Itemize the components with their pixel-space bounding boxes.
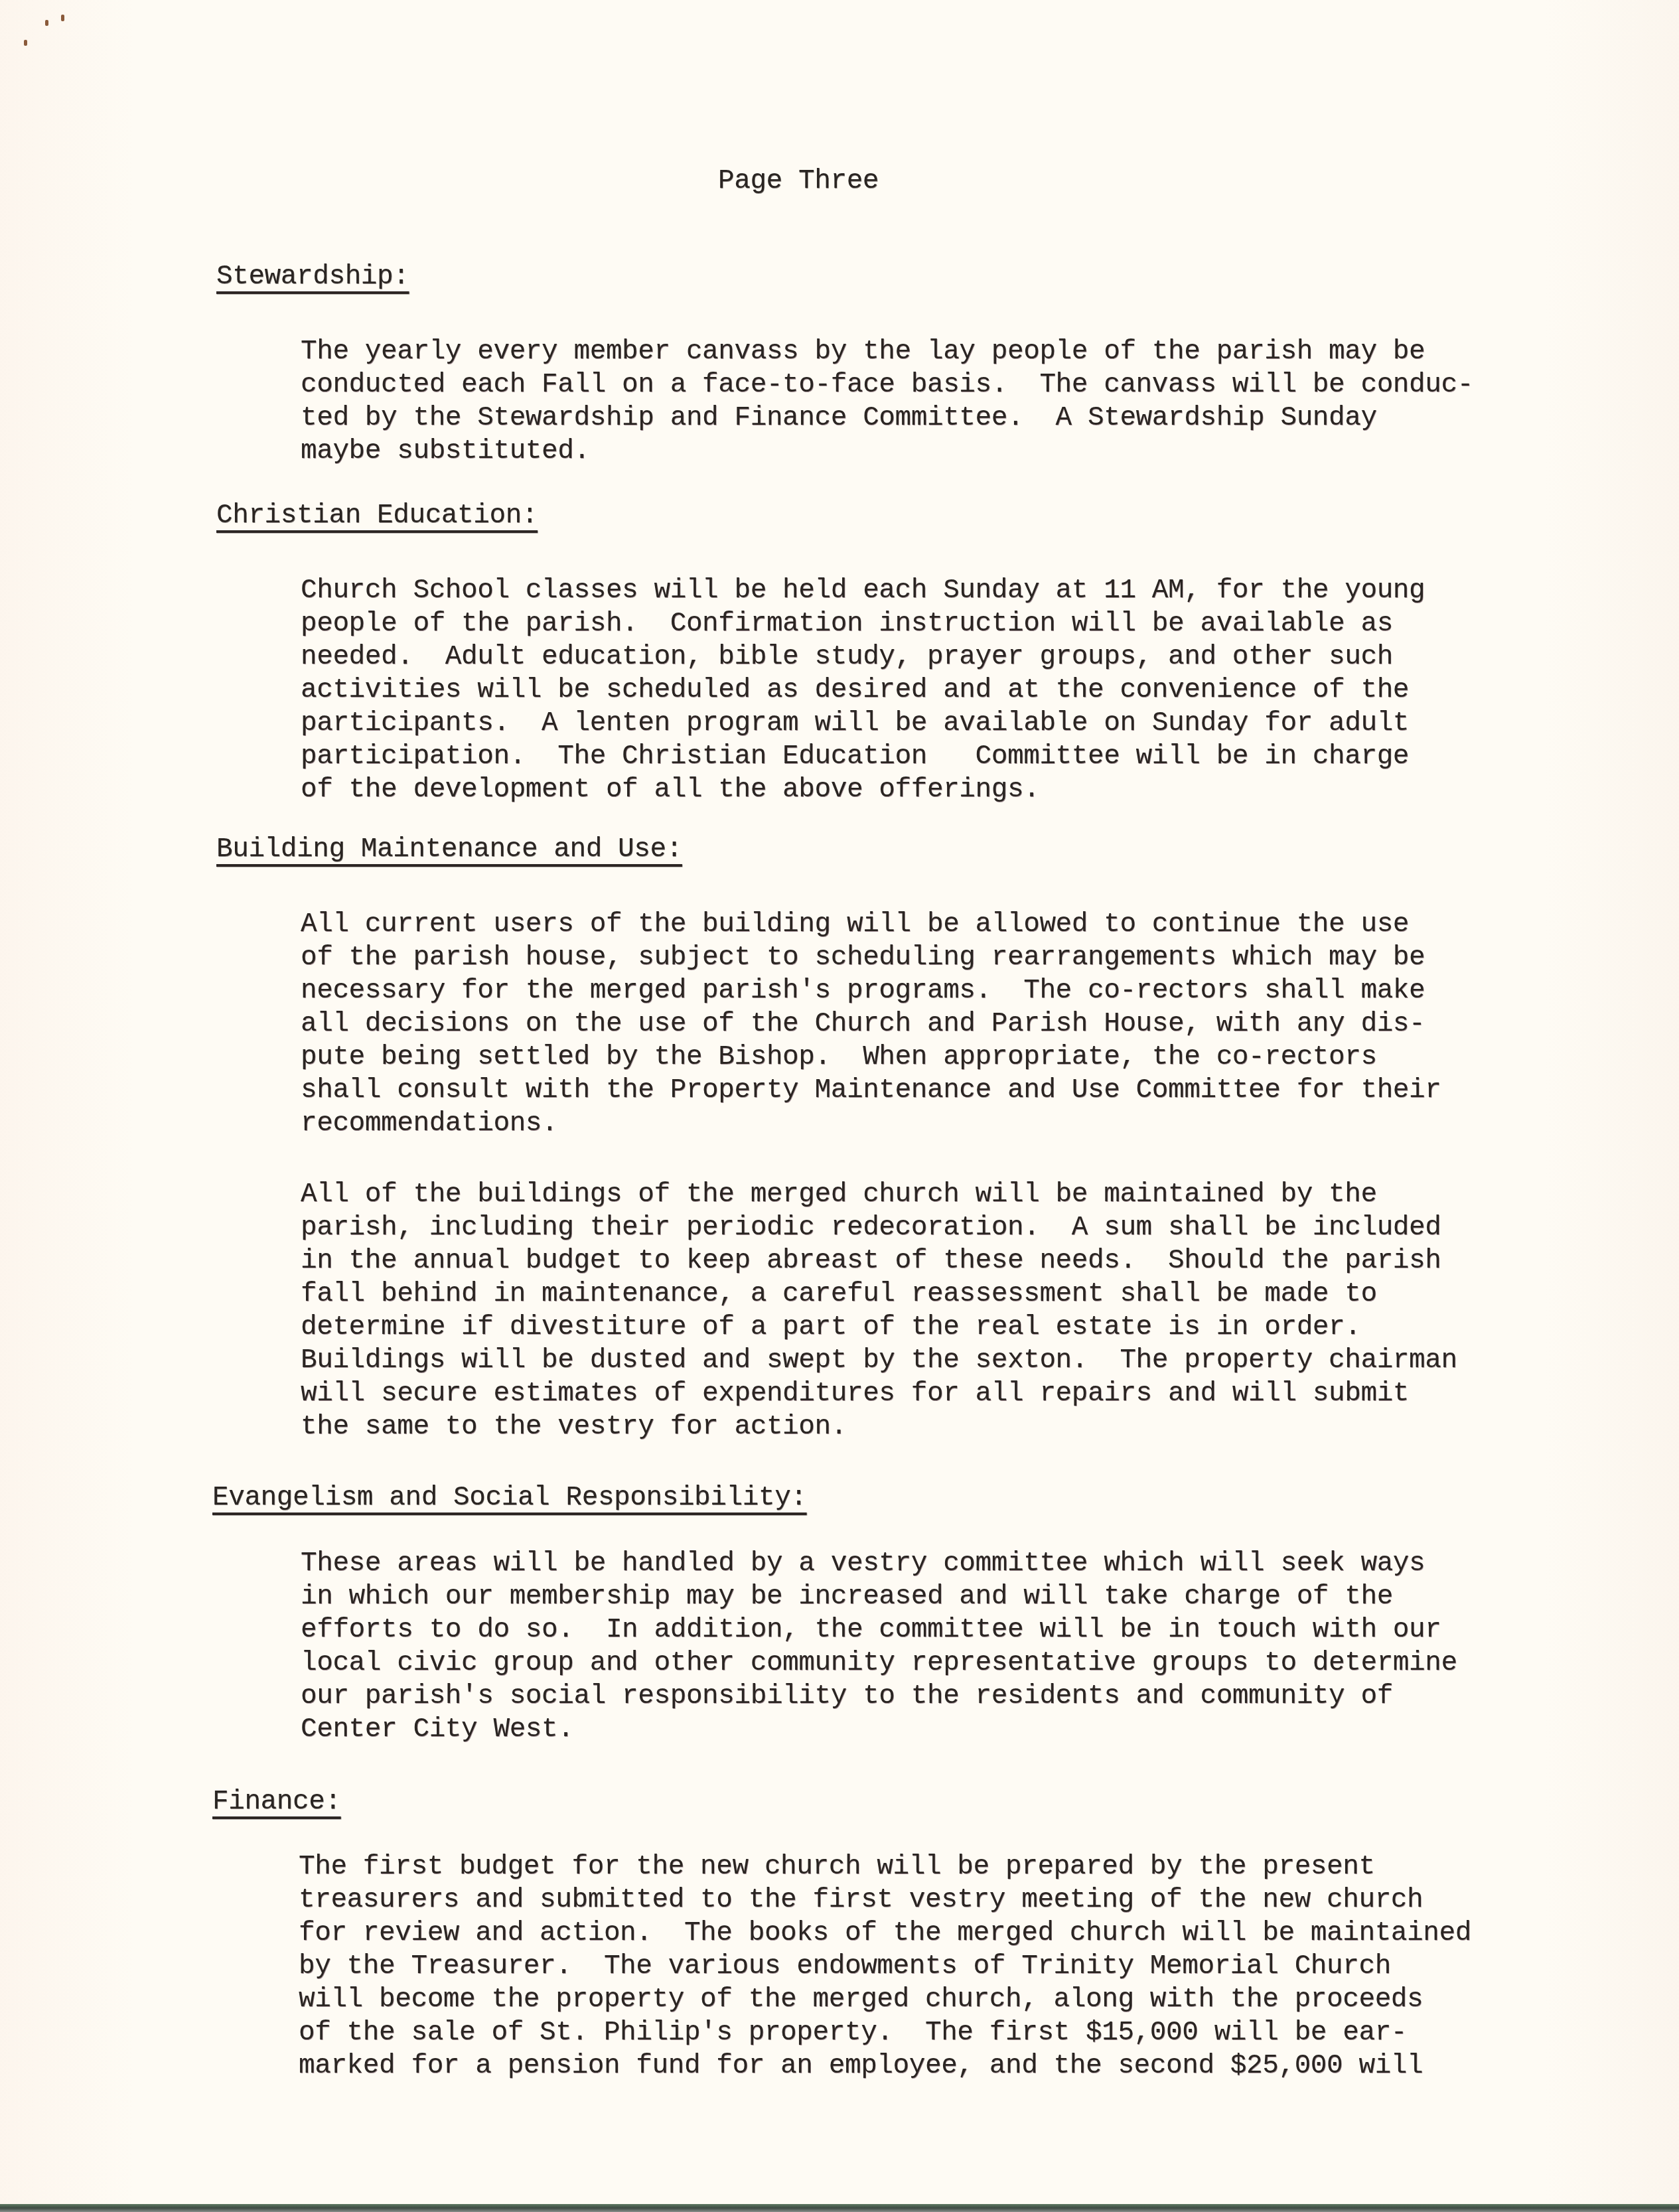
text-line: ted by the Stewardship and Finance Commi… [301,402,1473,435]
text-line: All of the buildings of the merged churc… [301,1178,1457,1211]
section-paragraph: All of the buildings of the merged churc… [301,1178,1457,1443]
section-paragraph: Church School classes will be held each … [301,574,1425,806]
section-heading: Stewardship: [216,260,409,293]
text-line: necessary for the merged parish's progra… [301,974,1441,1007]
text-line: Buildings will be dusted and swept by th… [301,1344,1457,1377]
section-heading: Christian Education: [216,499,538,532]
text-line: the same to the vestry for action. [301,1410,1457,1443]
text-line: will become the property of the merged c… [299,1983,1471,2016]
text-line: treasurers and submitted to the first ve… [299,1883,1471,1917]
text-line: by the Treasurer. The various endowments… [299,1950,1471,1983]
text-line: Center City West. [301,1713,1457,1746]
text-line: shall consult with the Property Maintena… [301,1074,1441,1107]
text-line: in which our membership may be increased… [301,1580,1457,1613]
text-line: The first budget for the new church will… [299,1850,1471,1883]
text-line: of the development of all the above offe… [301,773,1425,806]
text-line: efforts to do so. In addition, the commi… [301,1613,1457,1647]
text-line: pute being settled by the Bishop. When a… [301,1041,1441,1074]
text-line: of the sale of St. Philip's property. Th… [299,2016,1471,2049]
text-line: maybe substituted. [301,435,1473,468]
text-line: marked for a pension fund for an employe… [299,2049,1471,2083]
text-line: Church School classes will be held each … [301,574,1425,607]
text-line: of the parish house, subject to scheduli… [301,941,1441,974]
section-paragraph: The yearly every member canvass by the l… [301,335,1473,468]
text-line: parish, including their periodic redecor… [301,1211,1457,1244]
text-line: needed. Adult education, bible study, pr… [301,640,1425,674]
section-heading: Building Maintenance and Use: [216,833,682,866]
page-title: Page Three [718,165,879,198]
text-line: recommendations. [301,1107,1441,1140]
text-line: fall behind in maintenance, a careful re… [301,1278,1457,1311]
text-line: in the annual budget to keep abreast of … [301,1244,1457,1278]
text-line: people of the parish. Confirmation instr… [301,607,1425,640]
text-line: These areas will be handled by a vestry … [301,1547,1457,1580]
text-line: The yearly every member canvass by the l… [301,335,1473,368]
document-page: Page Three Stewardship: The yearly every… [0,0,1679,2212]
section-heading: Finance: [212,1785,341,1818]
text-line: all decisions on the use of the Church a… [301,1007,1441,1041]
paper-speck [61,15,64,21]
text-line: conducted each Fall on a face-to-face ba… [301,368,1473,402]
text-line: participants. A lenten program will be a… [301,707,1425,740]
text-line: activities will be scheduled as desired … [301,674,1425,707]
text-line: participation. The Christian Education C… [301,740,1425,773]
section-paragraph: All current users of the building will b… [301,908,1441,1140]
scan-bottom-edge [0,2204,1679,2212]
paper-speck [45,20,48,26]
section-paragraph: The first budget for the new church will… [299,1850,1471,2083]
text-line: All current users of the building will b… [301,908,1441,941]
text-line: our parish's social responsibility to th… [301,1680,1457,1713]
text-line: local civic group and other community re… [301,1647,1457,1680]
paper-speck [24,40,27,46]
text-line: will secure estimates of expenditures fo… [301,1377,1457,1410]
text-line: for review and action. The books of the … [299,1917,1471,1950]
text-line: determine if divestiture of a part of th… [301,1311,1457,1344]
section-heading: Evangelism and Social Responsibility: [212,1481,807,1514]
section-paragraph: These areas will be handled by a vestry … [301,1547,1457,1746]
